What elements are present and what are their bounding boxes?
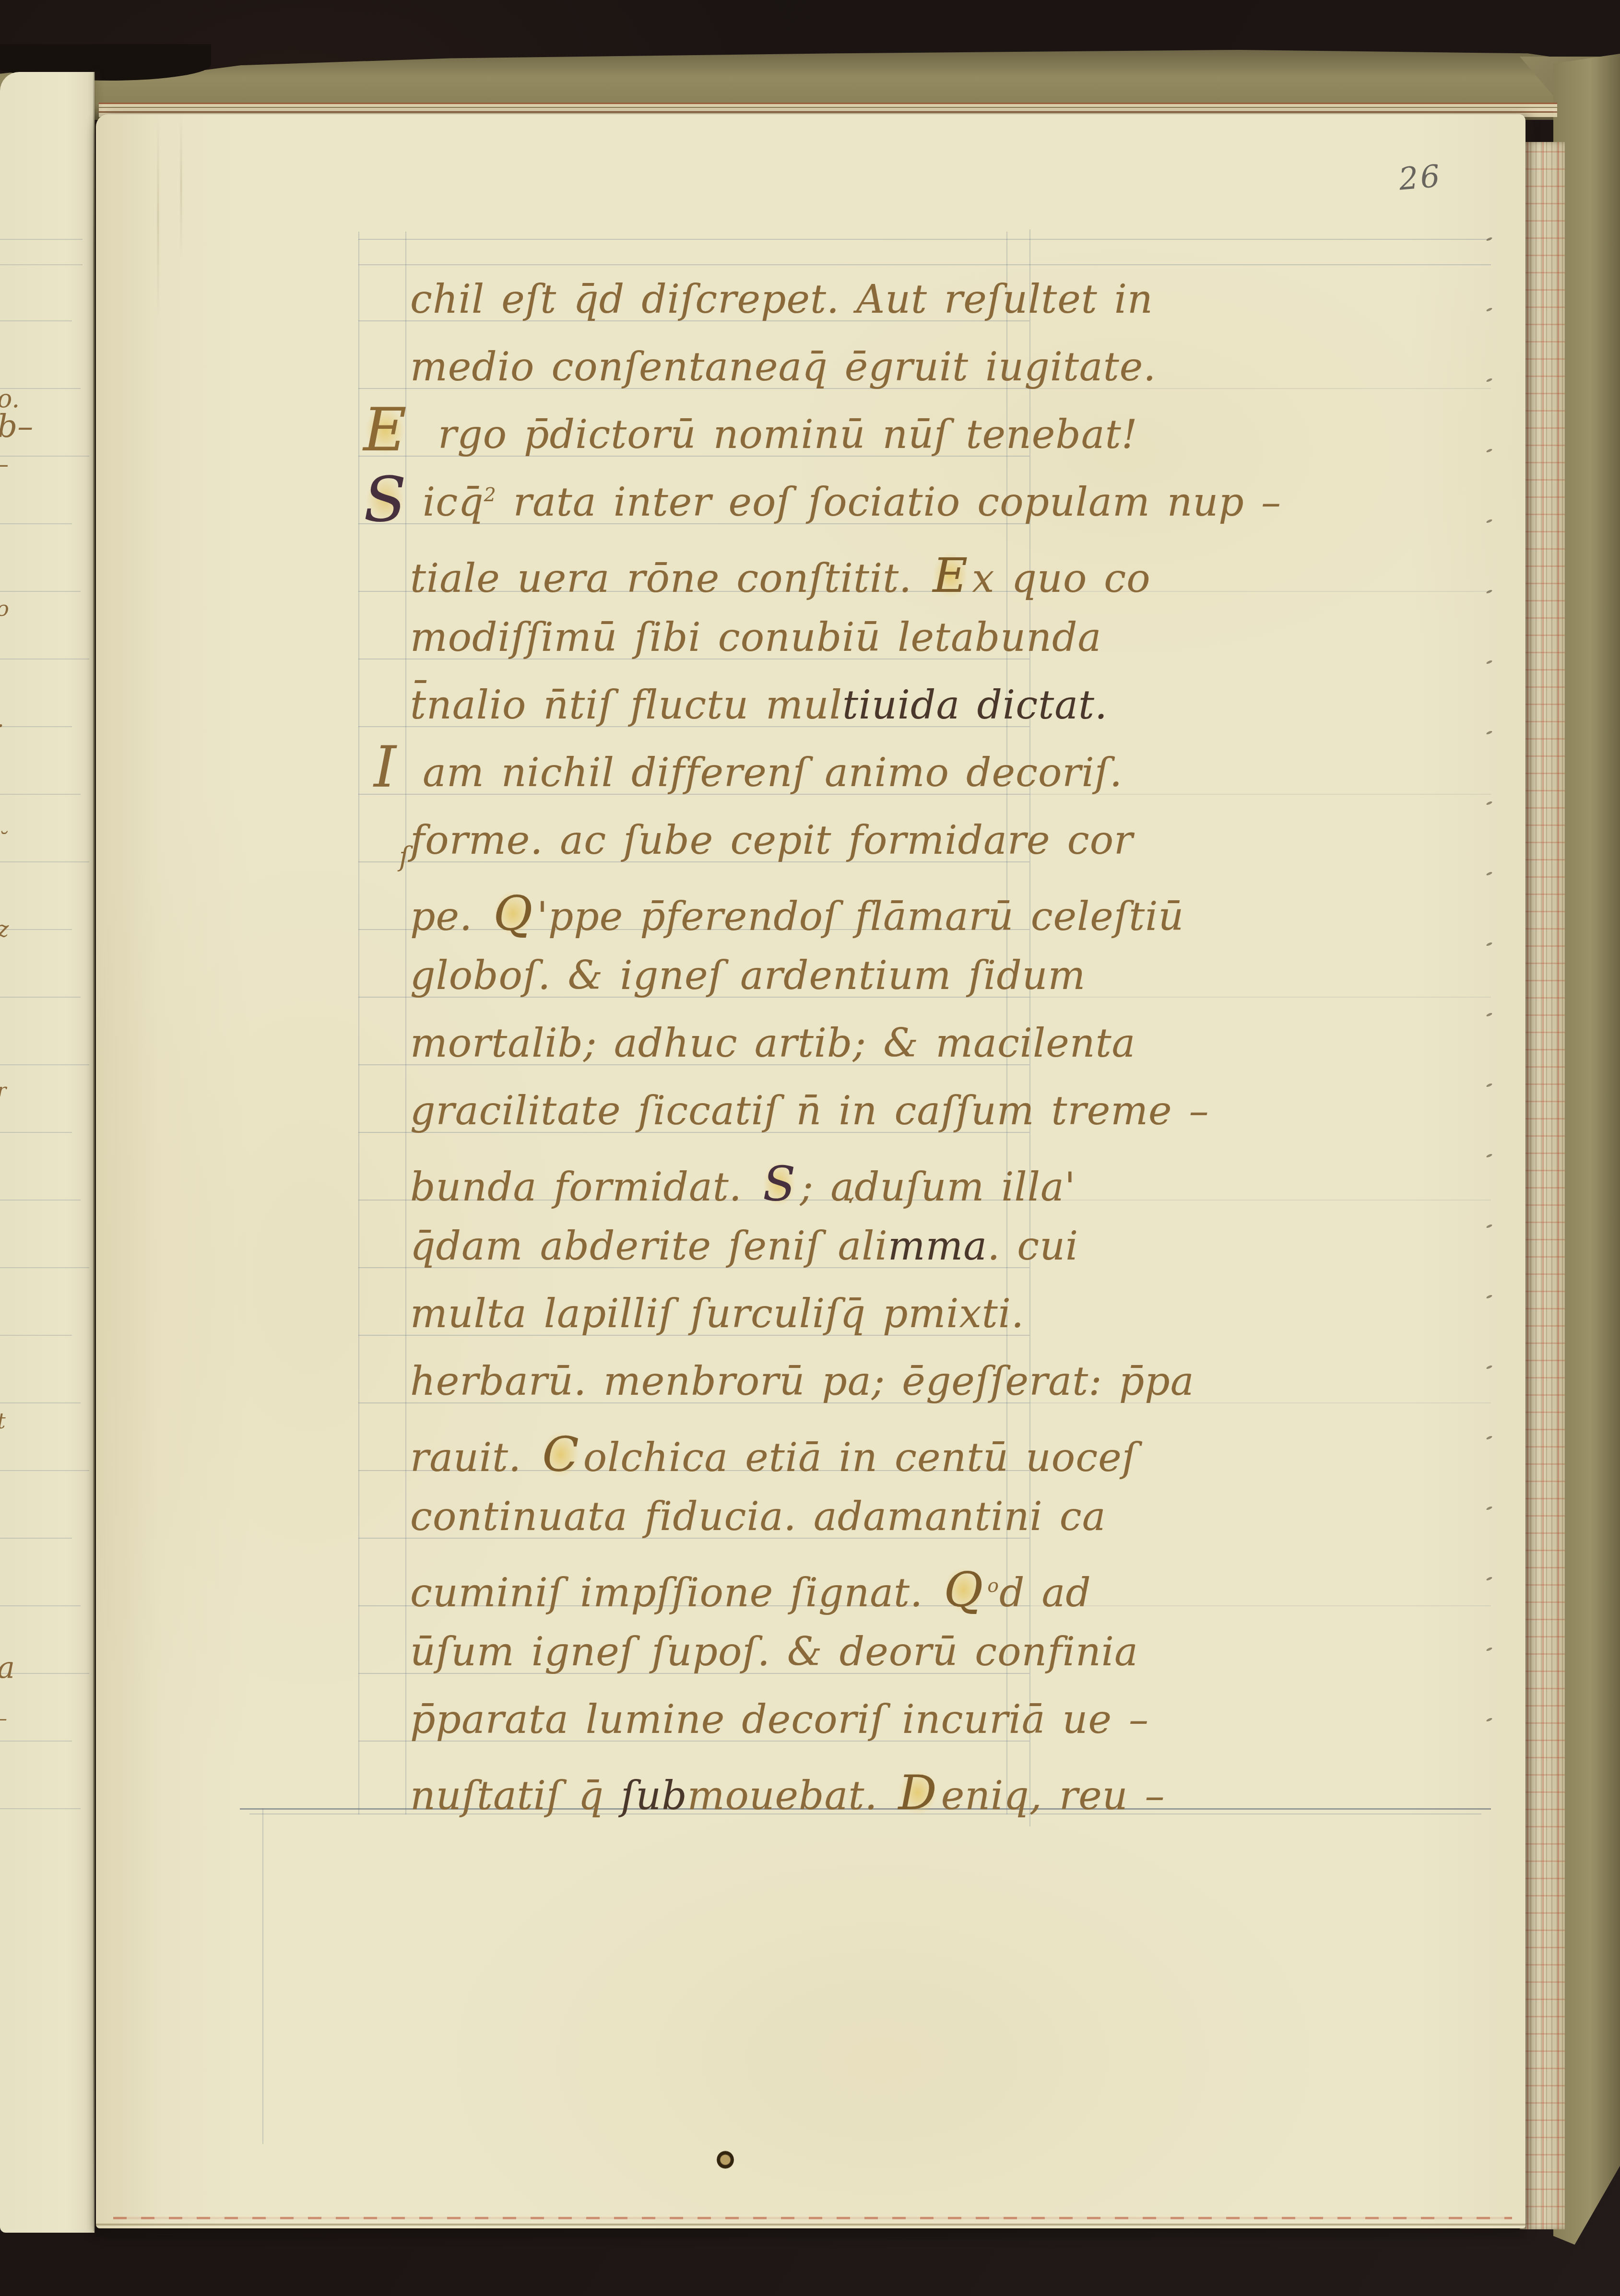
sliver-text-fragment: r [0,1079,6,1101]
sliver-ruled-line [0,239,83,240]
text-line: Iam nichil differenſ animo decoriſ. [410,750,1171,822]
margin-initial: E [360,400,410,460]
text-segment: herbarū. menbrorū pa; ēgeſſerat: p̄pa [410,1359,1194,1404]
sliver-text-fragment: z [0,916,9,942]
sliver-ruled-line [0,1335,72,1336]
sliver-ruled-line [0,1267,89,1268]
wormhole [717,2151,734,2169]
text-line: globoſ. & igneſ ardentium ſidum [410,953,1159,1025]
text-segment: t̄nalio n̄tiſ fluctu mul [410,683,842,728]
sliver-text-fragment: a [0,1650,15,1685]
text-segment: gracilitate ſiccatiſ n̄ in caſſum treme … [410,1088,1209,1134]
text-line: modiſſimū ſibi conubiū letabunda [410,615,1159,687]
insertion-mark: ʻ [847,1193,854,1220]
text-segment: Q [940,1562,987,1618]
text-segment: D [895,1765,941,1821]
text-segment: Q [489,885,537,942]
text-segment: q̄dam abderite ſeniſ ali [410,1224,888,1269]
text-line: cuminiſ impſſione ſignat. Qod ad [410,1562,1159,1634]
text-segment: rauit. [410,1435,538,1481]
margin-initial: I [360,739,410,795]
text-segment: cuminiſ impſſione ſignat. [410,1570,940,1616]
text-segment: ſub [621,1773,687,1819]
margin-initial: S [360,468,410,530]
text-line: chil eſt q̄d diſcrepet. Aut reſultet in [410,277,1159,349]
text-line: multa lapilliſ ſurculiſq̄ pmixti. [410,1291,1159,1363]
text-segment: rgo p̄dictorū nominū nūſ tenebat! [438,412,1138,458]
text-segment: am nichil differenſ animo decoriſ. [423,750,1123,796]
text-segment: S [759,1156,800,1212]
text-segment: rata inter eoſ ſociatio copulam nup – [497,480,1281,525]
text-segment: medio conſentaneaq̄ ēgruit iugitate. [410,344,1156,390]
text-line: q̄dam abderite ſeniſ alimma. cui [410,1224,1159,1295]
text-line: p̄parata lumine decoriſ incuriā ue – [410,1697,1159,1769]
text-segment: p̄parata lumine decoriſ incuriā ue – [410,1697,1149,1743]
text-line: t̄nalio n̄tiſ fluctu multiuida dictat. [410,683,1159,754]
text-segment: tiale uera rōne conſtitit. [410,556,929,601]
sliver-text-fragment: ɔ [0,597,9,621]
text-segment: pe. [410,894,489,940]
text-segment: ūſum igneſ ſupoſ. & deorū confinia [410,1629,1138,1675]
superscript-mark: o [987,1575,999,1597]
sliver-ruled-line [0,591,81,592]
text-block: chil eſt q̄d diſcrepet. Aut reſultet inm… [96,114,1525,2228]
photo-background: o.b––ɔ·˘zrta– chil eſt q̄d diſcrepet. Au… [0,0,1620,2296]
sliver-ruled-line [0,1132,72,1133]
text-segment: E [929,547,972,603]
sliver-ruled-line [0,1741,72,1742]
text-line: nuſtatiſ q̄ ſubmouebat. Deniq, reu – [410,1765,1159,1837]
text-line: pe. Q'ppe p̄ferendoſ flāmarū celeſtiū [410,885,1159,957]
red-edge-stain-bottom [113,2217,1512,2219]
fore-edge-page-stack [1520,142,1565,2229]
sliver-ruled-line [0,264,83,265]
text-segment: mortalib; adhuc artib; & macilenta [410,1021,1136,1066]
text-segment: ; aduſum illa' [800,1165,1076,1210]
text-segment: olchica etiā in centū uoceſ [583,1435,1137,1481]
text-segment: modiſſimū ſibi conubiū letabunda [410,615,1101,660]
text-segment: nuſtatiſ q̄ [410,1773,621,1819]
text-segment: dictat. [960,683,1108,728]
text-segment: 'ppe p̄ferendoſ flāmarū celeſtiū [537,894,1184,940]
text-segment: mma [888,1224,987,1269]
gutter-fold-line [93,72,95,2231]
sliver-ruled-line [0,1064,89,1065]
text-line: herbarū. menbrorū pa; ēgeſſerat: p̄pa [410,1359,1159,1431]
text-line: ūſum igneſ ſupoſ. & deorū confinia [410,1629,1159,1701]
text-line: mortalib; adhuc artib; & macilenta [410,1021,1159,1093]
text-line: continuata fiducia. adamantini ca [410,1494,1159,1566]
text-line: Sicq̄2 rata inter eoſ ſociatio copulam n… [410,480,1171,552]
text-segment: chil eſt q̄d diſcrepet. Aut reſultet in [410,277,1153,322]
text-segment: x quo co [972,556,1150,601]
text-segment: bunda formidat. [410,1165,759,1210]
text-line: Ergo p̄dictorū nominū nūſ tenebat! [410,412,1186,484]
sliver-ruled-line [0,456,89,457]
text-segment: continuata fiducia. adamantini ca [410,1494,1106,1540]
sliver-ruled-line [0,659,89,659]
text-segment: d ad [999,1570,1091,1616]
sliver-ruled-line [0,1470,89,1471]
text-segment: globoſ. & igneſ ardentium ſidum [410,953,1086,999]
text-line: rauit. Colchica etiā in centū uoceſ [410,1426,1159,1498]
text-segment: eniq, reu – [941,1773,1165,1819]
sliver-ruled-line [0,320,72,321]
sliver-ruled-line [0,1538,72,1539]
text-segment: tiuida [842,683,960,728]
sliver-text-fragment: · [0,713,4,739]
page-bottom-edge [96,2224,1525,2225]
sliver-ruled-line [0,523,72,524]
sliver-text-fragment: – [0,451,9,478]
text-segment: forme. ac ſube cepit formidare cor [410,818,1133,863]
facing-page-sliver: o.b––ɔ·˘zrta– [0,72,95,2233]
text-line: bunda formidat. S; aduſum illa' [410,1156,1159,1228]
sliver-ruled-line [0,726,72,727]
sliver-ruled-line [0,861,89,862]
sliver-ruled-line [0,1808,81,1809]
text-segment: multa lapilliſ ſurculiſq̄ pmixti. [410,1291,1024,1337]
text-segment: mouebat. [687,1773,895,1819]
sliver-ruled-line [0,929,72,930]
sliver-ruled-line [0,1200,81,1201]
sliver-text-fragment: b– [0,408,33,445]
sliver-ruled-line [0,997,81,998]
sliver-text-fragment: t [0,1409,6,1434]
sliver-text-fragment: ˘ [0,829,8,853]
sliver-ruled-line [0,1402,81,1403]
sliver-text-fragment: – [0,1707,7,1730]
manuscript-page: chil eſt q̄d diſcrepet. Aut reſultet inm… [96,114,1525,2228]
text-line: gracilitate ſiccatiſ n̄ in caſſum treme … [410,1088,1159,1160]
text-line: medio conſentaneaq̄ ēgruit iugitate. [410,344,1159,416]
sliver-ruled-line [0,1605,81,1606]
text-line: tiale uera rōne conſtitit. Ex quo co [410,547,1159,619]
text-segment: icq̄ [423,480,484,525]
folio-number: 26 [1397,158,1443,198]
insertion-mark: ſ [399,841,409,872]
sliver-ruled-line [0,794,81,795]
superscript-mark: 2 [484,484,497,506]
text-segment: . cui [987,1224,1078,1269]
text-line: forme. ac ſube cepit formidare cor [410,818,1159,890]
text-segment: C [538,1426,583,1483]
